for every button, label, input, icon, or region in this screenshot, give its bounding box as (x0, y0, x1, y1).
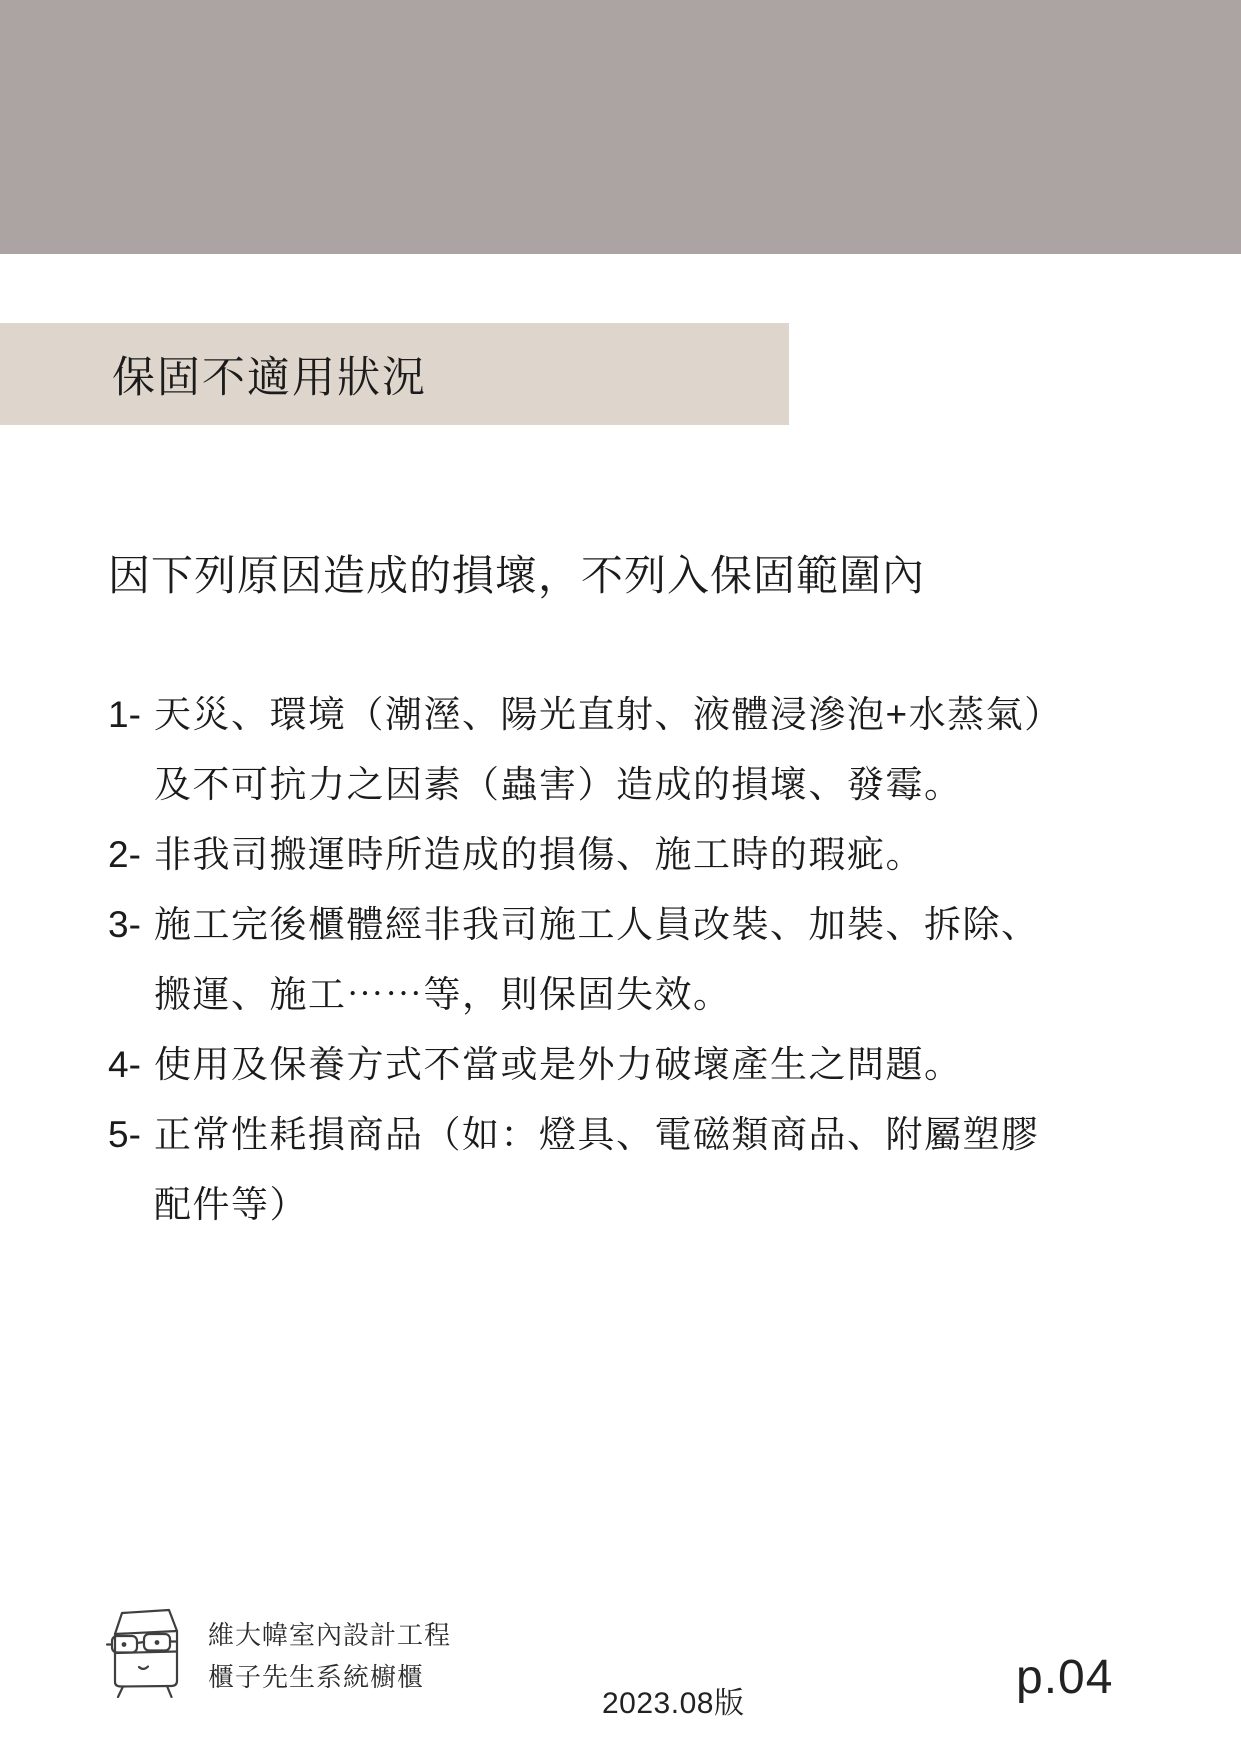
list-item-text: 及不可抗力之因素（蟲害）造成的損壞、發霉。 (154, 764, 963, 805)
cabinet-mascot-logo (103, 1606, 191, 1698)
list-item: 1-天災、環境（潮溼、陽光直射、液體浸滲泡+水蒸氣） (108, 680, 1063, 750)
list-item-text: 天災、環境（潮溼、陽光直射、液體浸滲泡+水蒸氣） (154, 694, 1063, 735)
list-item-text: 正常性耗損商品（如：燈具、電磁類商品、附屬塑膠 (154, 1114, 1040, 1155)
list-item: 5-正常性耗損商品（如：燈具、電磁類商品、附屬塑膠 (108, 1100, 1063, 1170)
company-name-line1: 維大幃室內設計工程 (208, 1614, 451, 1656)
list-item-text: 施工完後櫃體經非我司施工人員改裝、加裝、拆除、 (154, 904, 1040, 945)
list-item-text: 非我司搬運時所造成的損傷、施工時的瑕疵。 (154, 834, 924, 875)
list-item-text: 搬運、施工⋯⋯等，則保固失效。 (154, 974, 732, 1015)
page-number: p.04 (1016, 1650, 1113, 1705)
list-item-text: 配件等） (154, 1184, 308, 1225)
list-item: 2-非我司搬運時所造成的損傷、施工時的瑕疵。 (108, 820, 1063, 890)
section-title-bar: 保固不適用狀況 (0, 323, 789, 425)
list-item-marker: 2- (108, 820, 154, 890)
list-item-text: 使用及保養方式不當或是外力破壞產生之問題。 (154, 1044, 963, 1085)
page-heading: 因下列原因造成的損壞，不列入保固範圍內 (108, 543, 925, 603)
document-page: 保固不適用狀況 因下列原因造成的損壞，不列入保固範圍內 1-天災、環境（潮溼、陽… (0, 0, 1241, 1754)
list-item-continuation: 配件等） (108, 1170, 1063, 1240)
list-item-marker: 1- (108, 680, 154, 750)
company-name-line2: 櫃子先生系統櫥櫃 (208, 1656, 451, 1698)
list-item: 4-使用及保養方式不當或是外力破壞產生之問題。 (108, 1030, 1063, 1100)
exclusion-list: 1-天災、環境（潮溼、陽光直射、液體浸滲泡+水蒸氣） 及不可抗力之因素（蟲害）造… (108, 680, 1063, 1240)
list-item: 3-施工完後櫃體經非我司施工人員改裝、加裝、拆除、 (108, 890, 1063, 960)
list-item-marker: 4- (108, 1030, 154, 1100)
company-name: 維大幃室內設計工程 櫃子先生系統櫥櫃 (208, 1614, 451, 1698)
list-item-marker: 5- (108, 1100, 154, 1170)
list-item-continuation: 搬運、施工⋯⋯等，則保固失效。 (108, 960, 1063, 1030)
list-item-continuation: 及不可抗力之因素（蟲害）造成的損壞、發霉。 (108, 750, 1063, 820)
version-label: 2023.08版 (602, 1678, 744, 1722)
section-title: 保固不適用狀況 (112, 344, 427, 405)
list-item-marker: 3- (108, 890, 154, 960)
top-band (0, 0, 1241, 254)
